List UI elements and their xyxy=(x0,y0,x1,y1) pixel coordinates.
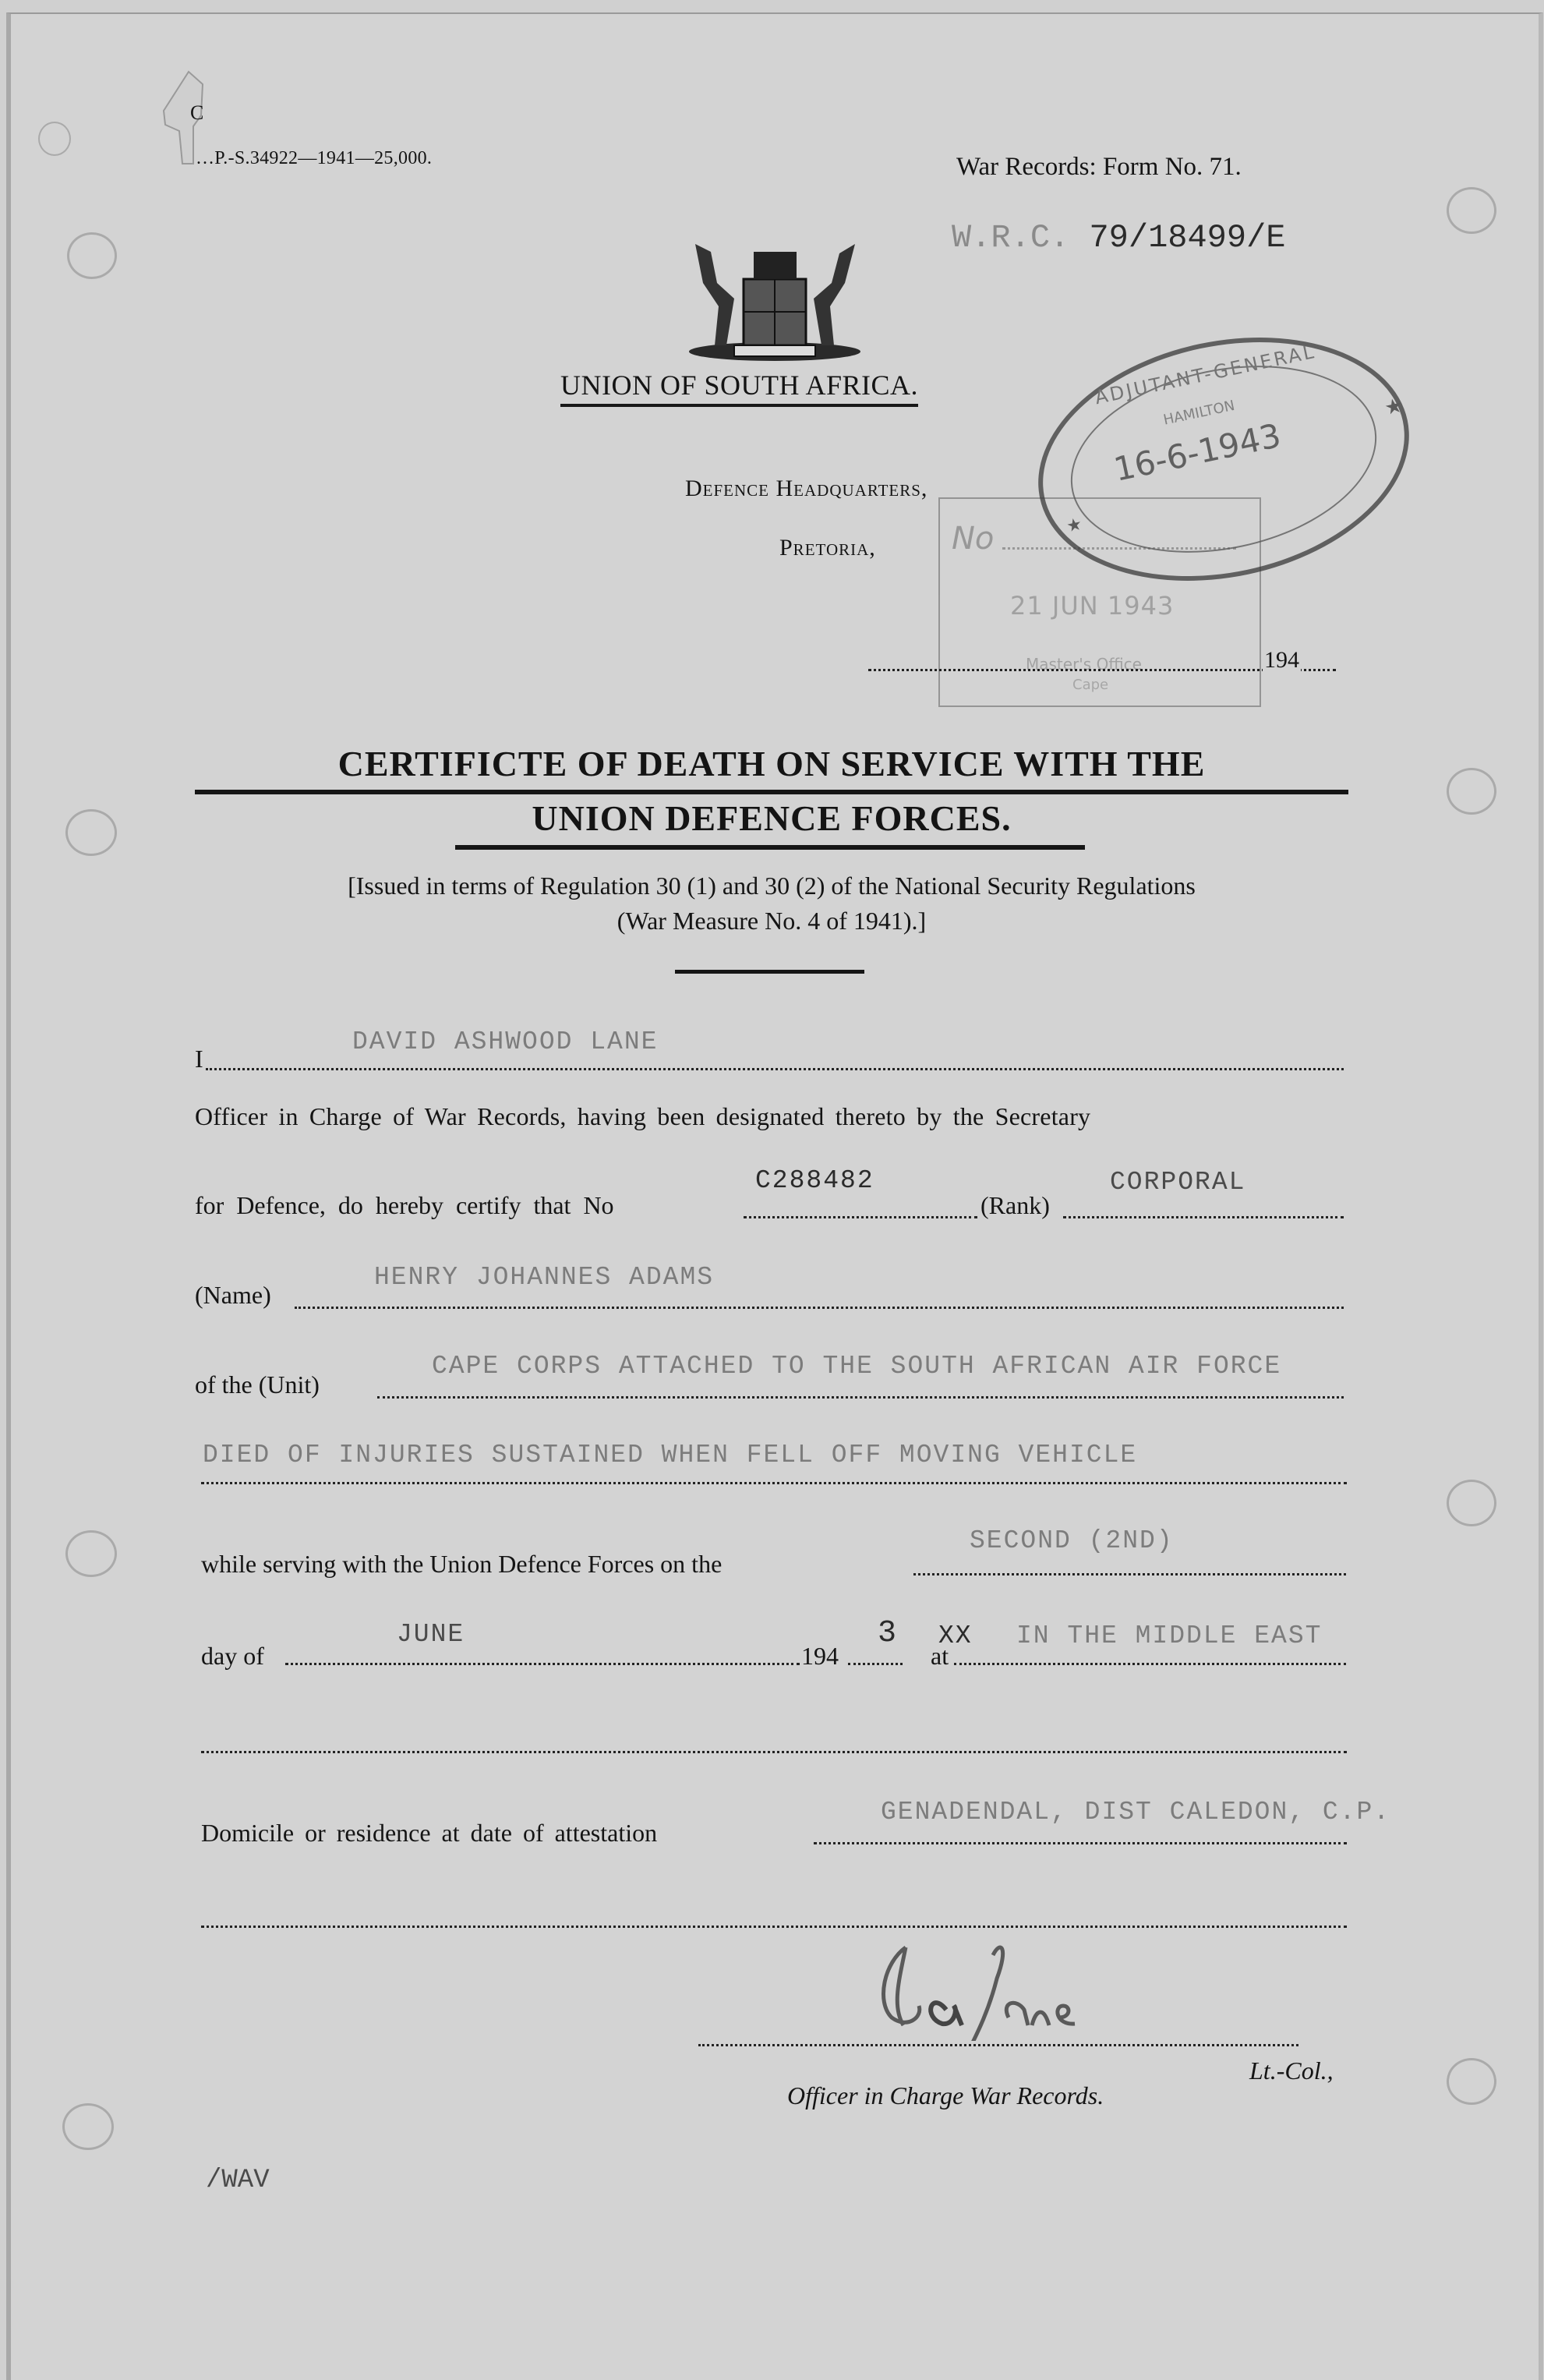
domicile-line xyxy=(814,1842,1347,1844)
service-number-line xyxy=(744,1216,977,1218)
rank-line xyxy=(1063,1216,1344,1218)
star-icon: ★ xyxy=(1065,514,1084,537)
date-line: 194 xyxy=(868,645,1336,671)
form-number: War Records: Form No. 71. xyxy=(956,153,1242,182)
day-field[interactable]: SECOND (2ND) xyxy=(970,1526,1174,1555)
coat-of-arms-icon xyxy=(680,236,871,361)
officer-name-field[interactable]: DAVID ASHWOOD LANE xyxy=(352,1027,658,1056)
issued-note-line-1: [Issued in terms of Regulation 30 (1) an… xyxy=(195,872,1348,900)
place-line xyxy=(954,1663,1346,1665)
officer-name-line xyxy=(206,1068,1344,1070)
service-number-field[interactable]: C288482 xyxy=(755,1166,874,1195)
punch-hole xyxy=(1447,187,1496,234)
rank-suffix: Lt.-Col., xyxy=(1249,2056,1334,2085)
stamp-received-date: 21 JUN 1943 xyxy=(1010,591,1174,621)
divider xyxy=(675,970,864,974)
statement-text: Officer in Charge of War Records, having… xyxy=(195,1102,1090,1131)
month-line xyxy=(285,1663,800,1665)
certificate-title-line-2: UNION DEFENCE FORCES. xyxy=(195,797,1348,839)
blank-line xyxy=(201,1926,1347,1928)
blank-line xyxy=(201,1751,1347,1753)
punch-hole xyxy=(1447,1480,1496,1526)
unit-label: of the (Unit) xyxy=(195,1370,320,1399)
cause-field[interactable]: DIED OF INJURIES SUSTAINED WHEN FELL OFF… xyxy=(203,1441,1137,1469)
printer-code: …P.-S.34922—1941—25,000. xyxy=(196,148,432,169)
address-line-1: Defence Headquarters, xyxy=(685,476,927,502)
reference-value: 79/18499/E xyxy=(1089,219,1285,256)
certificate-title-line-1: CERTIFICTE OF DEATH ON SERVICE WITH THE xyxy=(195,743,1348,784)
serving-label: while serving with the Union Defence For… xyxy=(201,1550,722,1579)
title-underline-2 xyxy=(455,845,1085,850)
year-prefix: 194 xyxy=(801,1642,839,1671)
star-icon: ★ xyxy=(1383,394,1405,420)
certify-label: for Defence, do hereby certify that No xyxy=(195,1191,614,1220)
cause-line xyxy=(201,1482,1347,1484)
corner-mark: C xyxy=(190,101,203,125)
issued-note-line-2: (War Measure No. 4 of 1941).] xyxy=(195,907,1348,935)
date-year-prefix: 194 xyxy=(1263,647,1301,674)
punch-hole xyxy=(65,809,117,856)
domicile-field[interactable]: GENADENDAL, DIST CALEDON, C.P. xyxy=(881,1798,1390,1827)
reference-prefix: W.R.C. xyxy=(952,219,1069,256)
officer-label: I xyxy=(195,1045,203,1073)
name-line xyxy=(295,1307,1344,1309)
month-field[interactable]: JUNE xyxy=(397,1620,465,1649)
rank-field[interactable]: CORPORAL xyxy=(1110,1168,1245,1197)
signature-line xyxy=(698,2044,1298,2046)
at-label: at xyxy=(931,1642,949,1671)
punch-hole xyxy=(62,2103,114,2150)
title-underline-1 xyxy=(195,790,1348,794)
day-of-label: day of xyxy=(201,1642,264,1671)
place-field[interactable]: IN THE MIDDLE EAST xyxy=(1016,1621,1322,1650)
name-label: (Name) xyxy=(195,1281,271,1310)
punch-hole xyxy=(38,122,71,156)
unit-line xyxy=(377,1396,1344,1399)
address-line-2: Pretoria, xyxy=(779,535,876,561)
document-page: C …P.-S.34922—1941—25,000. War Records: … xyxy=(6,12,1543,2380)
name-field[interactable]: HENRY JOHANNES ADAMS xyxy=(374,1263,714,1292)
signatory-title: Officer in Charge War Records. xyxy=(787,2081,1104,2110)
typist-reference: /WAV xyxy=(206,2166,270,2195)
issuer-heading: UNION OF SOUTH AFRICA. xyxy=(560,369,918,407)
punch-hole xyxy=(1447,768,1496,815)
punch-hole xyxy=(65,1530,117,1577)
punch-hole xyxy=(1447,2058,1496,2105)
stamp-office-2: Cape xyxy=(1072,677,1108,693)
domicile-label: Domicile or residence at date of attesta… xyxy=(201,1819,657,1848)
year-digit-field[interactable]: 3 xyxy=(878,1616,898,1651)
signature-icon xyxy=(876,1932,1172,2041)
unit-field[interactable]: CAPE CORPS ATTACHED TO THE SOUTH AFRICAN… xyxy=(432,1352,1281,1381)
rank-label: (Rank) xyxy=(980,1191,1050,1220)
stamp-no-label: No xyxy=(952,521,994,557)
day-line xyxy=(913,1573,1346,1575)
year-line xyxy=(848,1663,903,1665)
reference-number: W.R.C. 79/18499/E xyxy=(952,219,1286,256)
punch-hole xyxy=(67,232,117,279)
